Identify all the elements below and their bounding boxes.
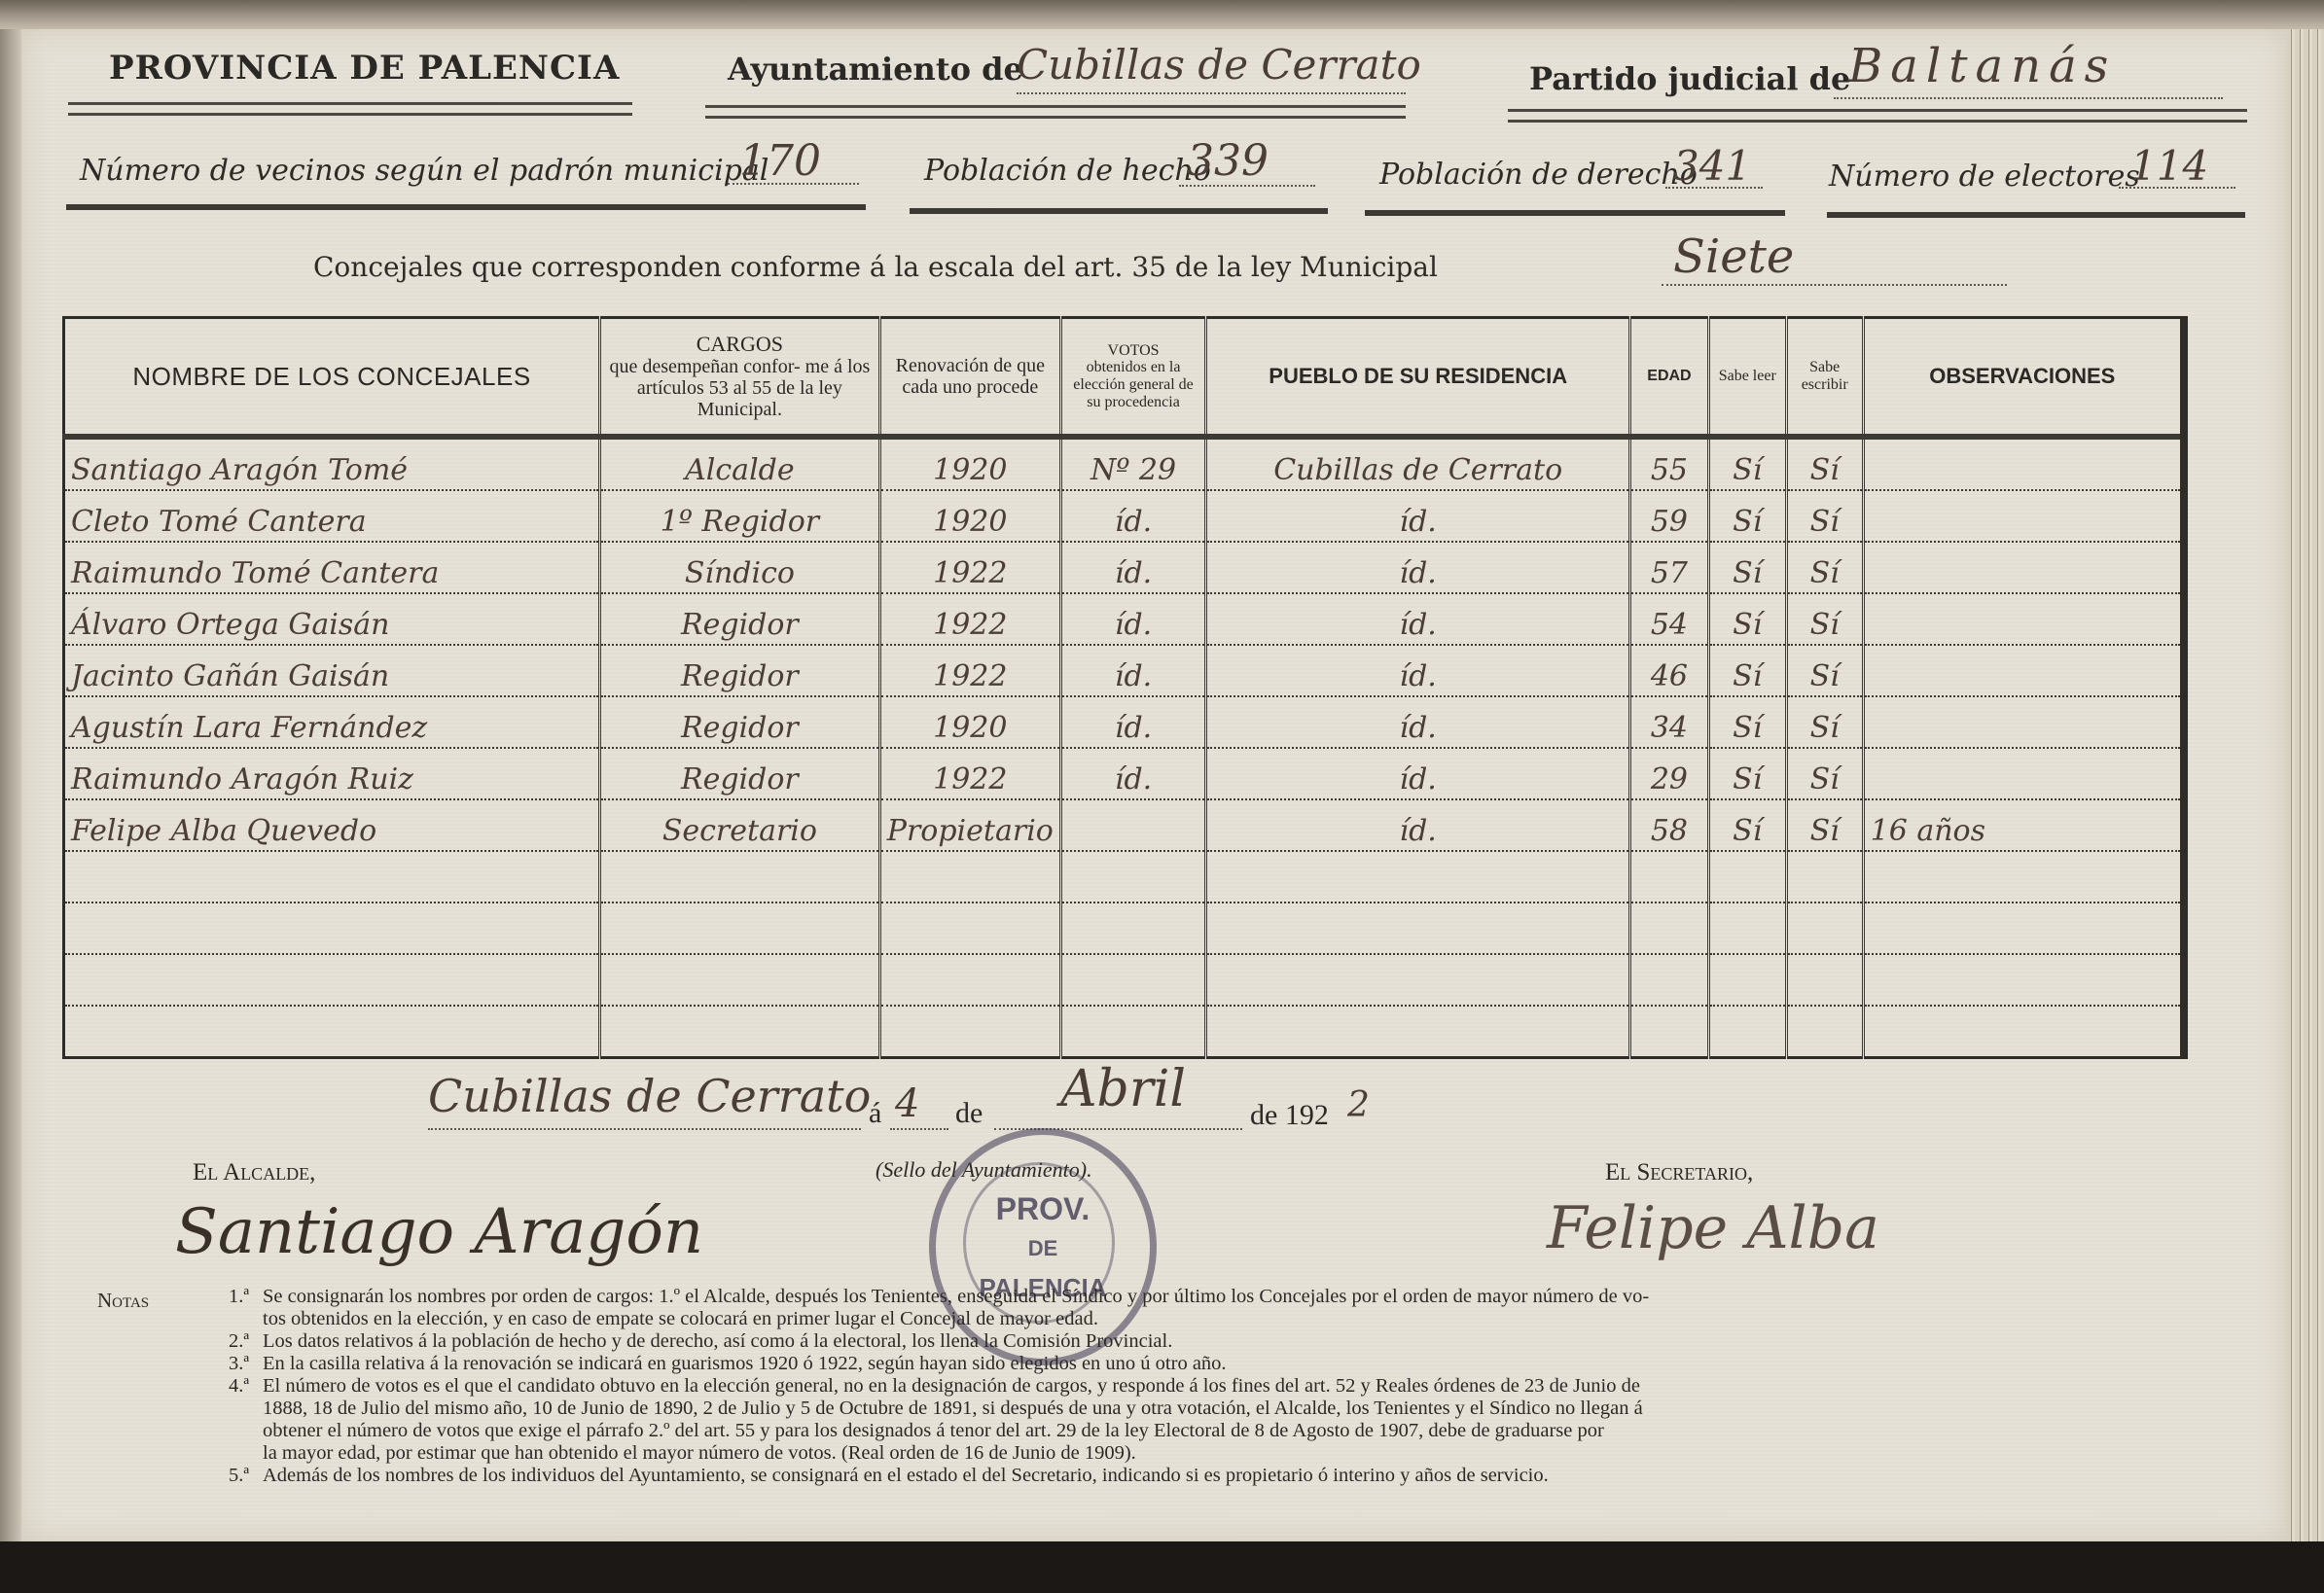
cell-pueblo[interactable]: íd. xyxy=(1206,645,1630,696)
secretario-label: El Secretario, xyxy=(1605,1159,1753,1186)
vecinos-value[interactable]: 170 xyxy=(739,136,821,186)
cell-sabe-leer[interactable]: Sí xyxy=(1708,490,1786,542)
partido-label: Partido judicial de xyxy=(1529,60,1850,97)
cell-cargo[interactable]: 1º Regidor xyxy=(600,490,880,542)
cell-edad[interactable]: 34 xyxy=(1630,696,1709,748)
cell-pueblo[interactable]: Cubillas de Cerrato xyxy=(1206,437,1630,490)
concejales-dotline xyxy=(1662,284,2007,286)
cell-sabe-escribir[interactable]: Sí xyxy=(1786,593,1863,645)
cell-edad[interactable]: 57 xyxy=(1630,542,1709,593)
cell-sabe-escribir[interactable] xyxy=(1786,903,1863,954)
cell-sabe-escribir[interactable]: Sí xyxy=(1786,542,1863,593)
cell-observaciones[interactable] xyxy=(1863,954,2184,1006)
table-row: Agustín Lara FernándezRegidor1920íd.íd.3… xyxy=(64,696,2185,748)
note-number: 5.ª xyxy=(191,1465,263,1487)
electores-value[interactable]: 114 xyxy=(2130,142,2208,190)
cell-sabe-escribir[interactable] xyxy=(1786,1006,1863,1058)
cell-renovacion[interactable]: 1922 xyxy=(879,645,1060,696)
cell-votos[interactable]: íd. xyxy=(1060,645,1205,696)
cell-votos[interactable] xyxy=(1060,851,1205,903)
note-number xyxy=(191,1420,263,1442)
cell-observaciones[interactable] xyxy=(1863,748,2184,799)
cell-edad[interactable]: 29 xyxy=(1630,748,1709,799)
cell-pueblo[interactable] xyxy=(1206,903,1630,954)
note-number xyxy=(191,1398,263,1420)
cell-edad[interactable] xyxy=(1630,851,1709,903)
note-text: Se consignarán los nombres por orden de … xyxy=(263,1286,2218,1308)
cell-pueblo[interactable] xyxy=(1206,851,1630,903)
cell-votos[interactable] xyxy=(1060,799,1205,851)
table-header-row: NOMBRE DE LOS CONCEJALES CARGOS que dese… xyxy=(64,318,2185,438)
cell-pueblo[interactable]: íd. xyxy=(1206,490,1630,542)
cell-renovacion[interactable]: 1922 xyxy=(879,542,1060,593)
concejales-label: Concejales que corresponden conforme á l… xyxy=(313,251,1438,283)
concejales-table: NOMBRE DE LOS CONCEJALES CARGOS que dese… xyxy=(62,316,2188,1059)
date-a-label: á xyxy=(869,1097,881,1130)
table-row: Raimundo Tomé CanteraSíndico1922íd.íd.57… xyxy=(64,542,2185,593)
table-row: Santiago Aragón ToméAlcalde1920Nº 29Cubi… xyxy=(64,437,2185,490)
cell-nombre[interactable]: Santiago Aragón Tomé xyxy=(64,437,600,490)
cell-nombre[interactable]: Jacinto Gañán Gaisán xyxy=(64,645,600,696)
cell-edad[interactable] xyxy=(1630,954,1709,1006)
cell-observaciones[interactable] xyxy=(1863,851,2184,903)
note-number: 3.ª xyxy=(191,1353,263,1375)
date-place-dotline xyxy=(428,1128,861,1130)
hecho-dotline xyxy=(1179,185,1315,187)
note-line: 1888, 18 de Julio del mismo año, 10 de J… xyxy=(191,1398,2218,1420)
cell-observaciones[interactable] xyxy=(1863,437,2184,490)
col-edad: EDAD xyxy=(1630,318,1709,438)
concejales-value[interactable]: Siete xyxy=(1673,230,1794,284)
cell-votos[interactable] xyxy=(1060,903,1205,954)
cell-votos[interactable]: Nº 29 xyxy=(1060,437,1205,490)
hecho-rule xyxy=(910,208,1328,214)
cell-observaciones[interactable]: 16 años xyxy=(1863,799,2184,851)
vecinos-rule xyxy=(66,204,866,210)
table-row: Felipe Alba QuevedoSecretarioPropietario… xyxy=(64,799,2185,851)
cell-edad[interactable]: 55 xyxy=(1630,437,1709,490)
cell-renovacion[interactable] xyxy=(879,851,1060,903)
cell-cargo[interactable]: Regidor xyxy=(600,593,880,645)
cell-nombre[interactable] xyxy=(64,954,600,1006)
cell-votos[interactable]: íd. xyxy=(1060,490,1205,542)
cell-pueblo[interactable] xyxy=(1206,954,1630,1006)
ayuntamiento-label: Ayuntamiento de xyxy=(728,51,1023,88)
cell-sabe-escribir[interactable]: Sí xyxy=(1786,490,1863,542)
cell-sabe-escribir[interactable]: Sí xyxy=(1786,748,1863,799)
notes-label: Notas xyxy=(97,1290,149,1312)
book-left-edge xyxy=(0,29,21,1546)
date-place[interactable]: Cubillas de Cerrato xyxy=(428,1070,871,1122)
cell-cargo[interactable]: Regidor xyxy=(600,748,880,799)
date-de-label: de xyxy=(955,1097,983,1130)
col-pueblo: PUEBLO DE SU RESIDENCIA xyxy=(1206,318,1630,438)
cell-observaciones[interactable] xyxy=(1863,696,2184,748)
cell-observaciones[interactable] xyxy=(1863,903,2184,954)
cell-votos[interactable]: íd. xyxy=(1060,542,1205,593)
cell-pueblo[interactable] xyxy=(1206,1006,1630,1058)
note-number: 4.ª xyxy=(191,1375,263,1398)
cell-pueblo[interactable]: íd. xyxy=(1206,748,1630,799)
note-number: 1.ª xyxy=(191,1286,263,1308)
note-text: Además de los nombres de los individuos … xyxy=(263,1465,2218,1487)
cell-edad[interactable]: 59 xyxy=(1630,490,1709,542)
seal-line-1: PROV. xyxy=(936,1191,1150,1227)
note-line: la mayor edad, por estimar que han obten… xyxy=(191,1442,2218,1465)
derecho-value[interactable]: 341 xyxy=(1673,142,1751,190)
alcalde-signature: Santiago Aragón xyxy=(175,1196,703,1268)
cell-sabe-escribir[interactable]: Sí xyxy=(1786,799,1863,851)
table-row xyxy=(64,851,2185,903)
cell-renovacion[interactable]: 1920 xyxy=(879,696,1060,748)
cell-sabe-leer[interactable]: Sí xyxy=(1708,437,1786,490)
cell-sabe-leer[interactable]: Sí xyxy=(1708,542,1786,593)
note-text: En la casilla relativa á la renovación s… xyxy=(263,1353,2218,1375)
cell-sabe-leer[interactable] xyxy=(1708,903,1786,954)
cell-observaciones[interactable] xyxy=(1863,1006,2184,1058)
hecho-label: Población de hecho xyxy=(924,154,1211,188)
electores-rule xyxy=(1827,212,2245,218)
cell-cargo[interactable] xyxy=(600,1006,880,1058)
ayuntamiento-rule xyxy=(705,105,1406,119)
cell-sabe-escribir[interactable] xyxy=(1786,851,1863,903)
secretario-signature: Felipe Alba xyxy=(1547,1194,1879,1262)
cell-votos[interactable]: íd. xyxy=(1060,593,1205,645)
col-cargos: CARGOS que desempeñan confor- me á los a… xyxy=(600,318,880,438)
cell-sabe-leer[interactable] xyxy=(1708,851,1786,903)
cell-cargo[interactable] xyxy=(600,851,880,903)
cell-renovacion[interactable]: Propietario xyxy=(879,799,1060,851)
table-row xyxy=(64,954,2185,1006)
page-stack-edge xyxy=(2286,29,2324,1546)
cell-nombre[interactable]: Álvaro Ortega Gaisán xyxy=(64,593,600,645)
derecho-dotline xyxy=(1665,187,1763,189)
cell-cargo[interactable]: Síndico xyxy=(600,542,880,593)
date-year-label: de 192 xyxy=(1250,1099,1329,1132)
partido-dotline xyxy=(1834,97,2223,99)
electores-dotline xyxy=(2119,187,2235,189)
cell-nombre[interactable]: Raimundo Aragón Ruiz xyxy=(64,748,600,799)
alcalde-label: El Alcalde, xyxy=(193,1159,315,1186)
cell-nombre[interactable] xyxy=(64,851,600,903)
note-text: tos obtenidos en la elección, y en caso … xyxy=(263,1308,2218,1330)
note-text: El número de votos es el que el candidat… xyxy=(263,1375,2218,1398)
cell-cargo[interactable] xyxy=(600,903,880,954)
note-line: 4.ªEl número de votos es el que el candi… xyxy=(191,1375,2218,1398)
cell-cargo[interactable]: Alcalde xyxy=(600,437,880,490)
col-votos: VOTOS obtenidos en la elección general d… xyxy=(1060,318,1205,438)
cell-sabe-escribir[interactable] xyxy=(1786,954,1863,1006)
table-row: Jacinto Gañán GaisánRegidor1922íd.íd.46S… xyxy=(64,645,2185,696)
cell-observaciones[interactable] xyxy=(1863,490,2184,542)
date-day-dotline xyxy=(890,1128,948,1130)
notes-section: Notas 1.ªSe consignarán los nombres por … xyxy=(97,1286,2218,1487)
derecho-rule xyxy=(1365,210,1785,216)
note-line: 3.ªEn la casilla relativa á la renovació… xyxy=(191,1353,2218,1375)
cell-sabe-leer[interactable]: Sí xyxy=(1708,748,1786,799)
cell-votos[interactable] xyxy=(1060,1006,1205,1058)
cell-sabe-escribir[interactable]: Sí xyxy=(1786,645,1863,696)
col-nombre: NOMBRE DE LOS CONCEJALES xyxy=(64,318,600,438)
province-title: PROVINCIA DE PALENCIA xyxy=(109,49,620,88)
cell-edad[interactable] xyxy=(1630,1006,1709,1058)
note-line: obtener el número de votos que exige el … xyxy=(191,1420,2218,1442)
cell-nombre[interactable]: Felipe Alba Quevedo xyxy=(64,799,600,851)
note-line: tos obtenidos en la elección, y en caso … xyxy=(191,1308,2218,1330)
ayuntamiento-dotline xyxy=(1017,92,1406,94)
col-sabe-escribir: Sabe escribir xyxy=(1786,318,1863,438)
note-text: 1888, 18 de Julio del mismo año, 10 de J… xyxy=(263,1398,2218,1420)
cell-observaciones[interactable] xyxy=(1863,542,2184,593)
note-text: la mayor edad, por estimar que han obten… xyxy=(263,1442,2218,1465)
note-text: obtener el número de votos que exige el … xyxy=(263,1420,2218,1442)
cell-votos[interactable]: íd. xyxy=(1060,748,1205,799)
note-line: 1.ªSe consignarán los nombres por orden … xyxy=(191,1286,2218,1308)
date-day[interactable]: 4 xyxy=(895,1081,919,1126)
cell-sabe-leer[interactable]: Sí xyxy=(1708,645,1786,696)
cell-observaciones[interactable] xyxy=(1863,593,2184,645)
cell-observaciones[interactable] xyxy=(1863,645,2184,696)
book-bottom-shadow xyxy=(0,1541,2324,1593)
col-renovacion: Renovación de que cada uno procede xyxy=(879,318,1060,438)
col-observaciones: OBSERVACIONES xyxy=(1863,318,2184,438)
note-text: Los datos relativos á la población de he… xyxy=(263,1330,2218,1353)
table-row: Raimundo Aragón RuizRegidor1922íd.íd.29S… xyxy=(64,748,2185,799)
province-rule xyxy=(68,102,632,116)
cell-pueblo[interactable]: íd. xyxy=(1206,593,1630,645)
cell-renovacion[interactable] xyxy=(879,1006,1060,1058)
cell-edad[interactable] xyxy=(1630,903,1709,954)
partido-value[interactable]: Baltanás xyxy=(1848,39,2116,93)
table-row: Cleto Tomé Cantera1º Regidor1920íd.íd.59… xyxy=(64,490,2185,542)
note-number xyxy=(191,1308,263,1330)
electores-label: Número de electores xyxy=(1829,159,2140,194)
cell-pueblo[interactable]: íd. xyxy=(1206,696,1630,748)
cell-cargo[interactable]: Secretario xyxy=(600,799,880,851)
col-sabe-leer: Sabe leer xyxy=(1708,318,1786,438)
note-number xyxy=(191,1442,263,1465)
cell-renovacion[interactable]: 1922 xyxy=(879,748,1060,799)
note-line: 2.ªLos datos relativos á la población de… xyxy=(191,1330,2218,1353)
partido-rule xyxy=(1508,109,2247,123)
cell-votos[interactable]: íd. xyxy=(1060,696,1205,748)
cell-nombre[interactable] xyxy=(64,903,600,954)
cell-edad[interactable]: 54 xyxy=(1630,593,1709,645)
table-row xyxy=(64,1006,2185,1058)
cell-nombre[interactable]: Cleto Tomé Cantera xyxy=(64,490,600,542)
cell-edad[interactable]: 58 xyxy=(1630,799,1709,851)
cell-nombre[interactable] xyxy=(64,1006,600,1058)
cell-nombre[interactable]: Raimundo Tomé Cantera xyxy=(64,542,600,593)
cell-sabe-leer[interactable]: Sí xyxy=(1708,799,1786,851)
cell-pueblo[interactable]: íd. xyxy=(1206,542,1630,593)
cell-sabe-leer[interactable]: Sí xyxy=(1708,696,1786,748)
cell-sabe-leer[interactable]: Sí xyxy=(1708,593,1786,645)
ayuntamiento-value[interactable]: Cubillas de Cerrato xyxy=(1017,41,1421,88)
cell-edad[interactable]: 46 xyxy=(1630,645,1709,696)
cell-renovacion[interactable]: 1920 xyxy=(879,490,1060,542)
seal-line-2: DE xyxy=(936,1236,1150,1261)
cell-sabe-leer[interactable] xyxy=(1708,1006,1786,1058)
cell-cargo[interactable]: Regidor xyxy=(600,645,880,696)
derecho-label: Población de derecho xyxy=(1379,158,1698,192)
vecinos-dotline xyxy=(728,183,859,185)
note-line: 5.ªAdemás de los nombres de los individu… xyxy=(191,1465,2218,1487)
date-year-digit[interactable]: 2 xyxy=(1347,1085,1370,1125)
cell-renovacion[interactable] xyxy=(879,954,1060,1006)
vecinos-label: Número de vecinos según el padrón munici… xyxy=(80,154,769,188)
hecho-value[interactable]: 339 xyxy=(1187,136,1269,186)
cell-votos[interactable] xyxy=(1060,954,1205,1006)
table-row: Álvaro Ortega GaisánRegidor1922íd.íd.54S… xyxy=(64,593,2185,645)
cell-sabe-escribir[interactable]: Sí xyxy=(1786,437,1863,490)
cell-cargo[interactable] xyxy=(600,954,880,1006)
cell-renovacion[interactable]: 1922 xyxy=(879,593,1060,645)
note-number: 2.ª xyxy=(191,1330,263,1353)
date-month[interactable]: Abril xyxy=(1060,1060,1186,1118)
cell-sabe-escribir[interactable]: Sí xyxy=(1786,696,1863,748)
cell-pueblo[interactable]: íd. xyxy=(1206,799,1630,851)
cell-renovacion[interactable] xyxy=(879,903,1060,954)
cell-sabe-leer[interactable] xyxy=(1708,954,1786,1006)
cell-nombre[interactable]: Agustín Lara Fernández xyxy=(64,696,600,748)
cell-cargo[interactable]: Regidor xyxy=(600,696,880,748)
table-row xyxy=(64,903,2185,954)
cell-renovacion[interactable]: 1920 xyxy=(879,437,1060,490)
